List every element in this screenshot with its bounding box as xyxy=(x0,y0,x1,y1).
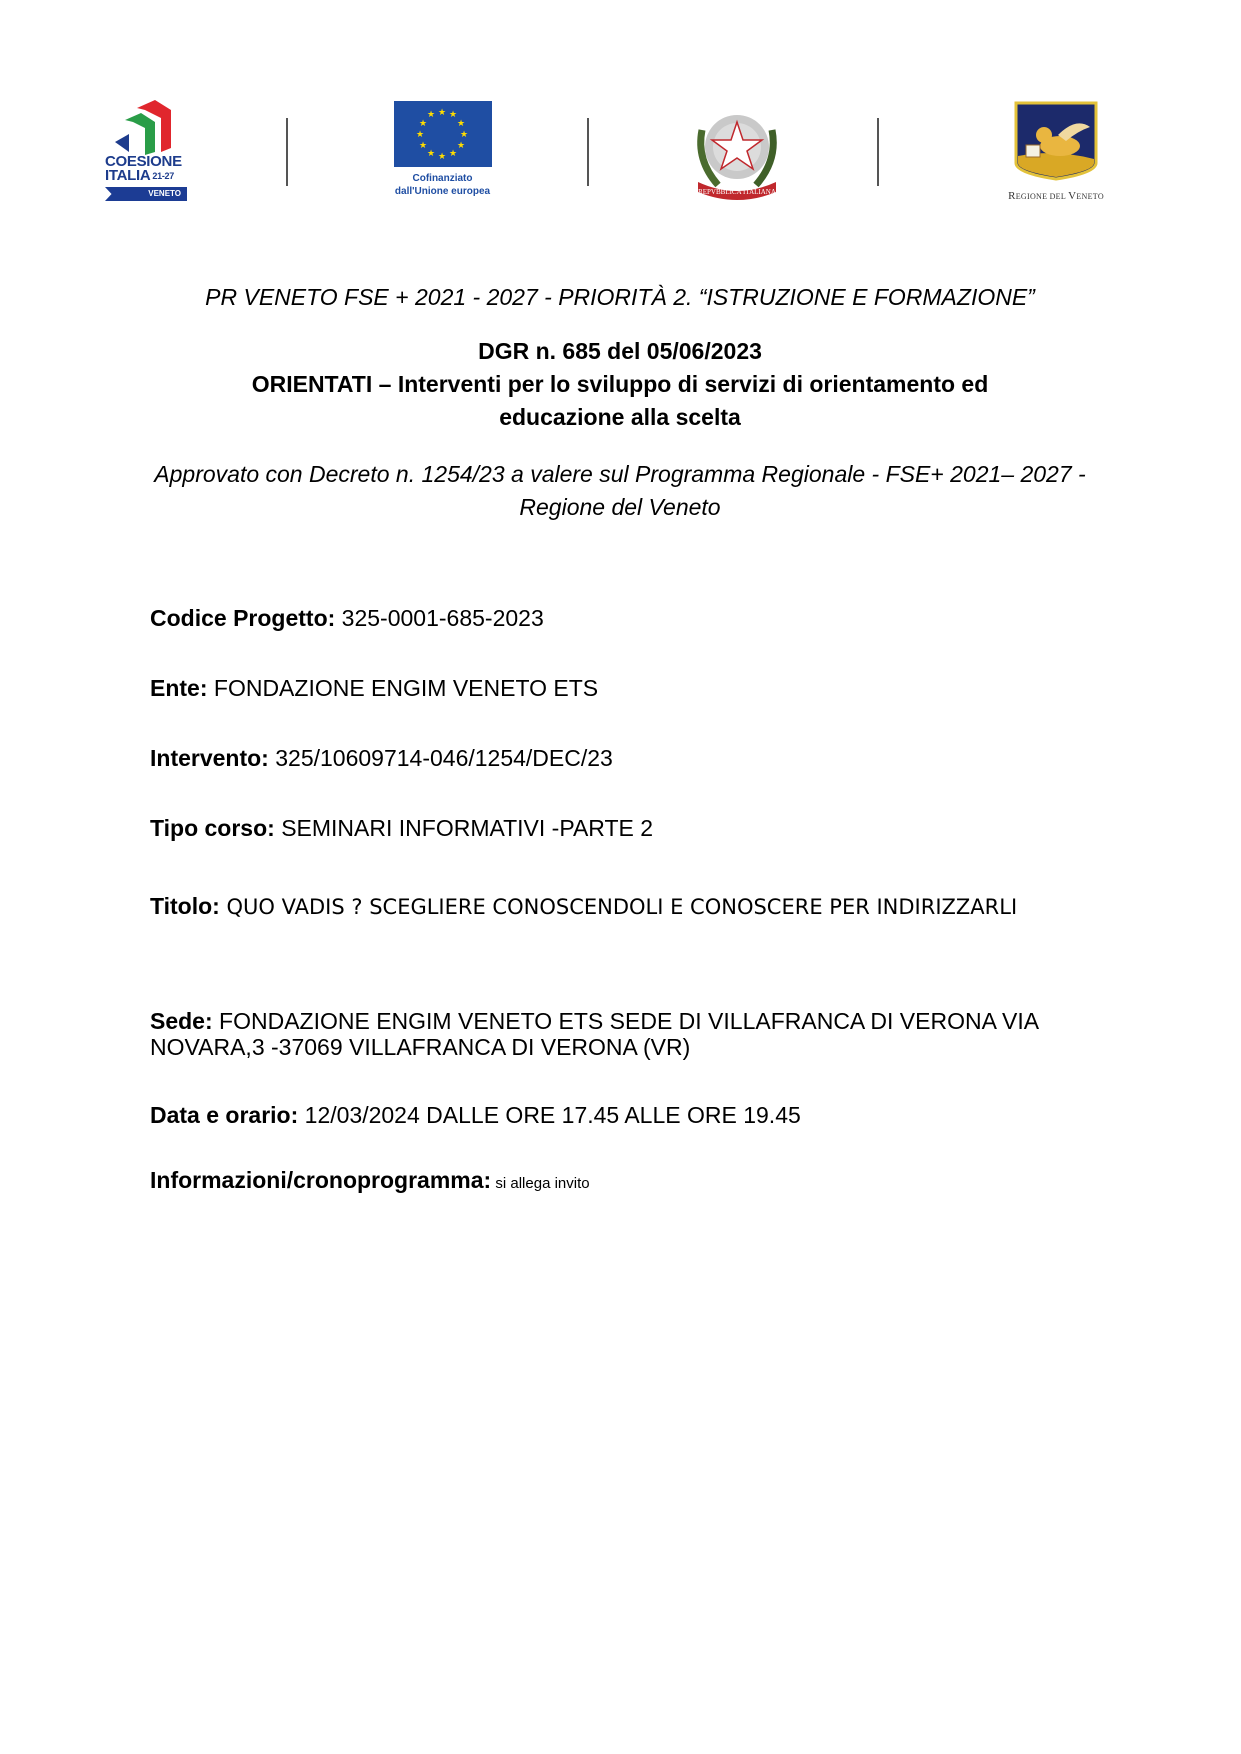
field-value: QUO VADIS ? SCEGLIERE CONOSCENDOLI E CON… xyxy=(220,895,1017,919)
field-titolo: Titolo: QUO VADIS ? SCEGLIERE CONOSCENDO… xyxy=(150,885,1100,928)
field-informazioni: Informazioni/cronoprogramma: si allega i… xyxy=(150,1167,590,1197)
approval-text: Approvato con Decreto n. 1254/23 a valer… xyxy=(140,458,1100,524)
eu-caption-line1: Cofinanziato xyxy=(390,172,495,185)
coesione-line2: ITALIA xyxy=(105,167,150,184)
field-label: Sede: xyxy=(150,1008,213,1034)
field-data-orario: Data e orario: 12/03/2024 DALLE ORE 17.4… xyxy=(150,1102,801,1128)
lion-of-saint-mark-icon xyxy=(1014,101,1098,181)
field-value: 325-0001-685-2023 xyxy=(335,605,543,631)
field-value: 325/10609714-046/1254/DEC/23 xyxy=(269,745,613,771)
eu-logo: ★★★★★★★★★★★★ Cofinanziato dall'Unione eu… xyxy=(390,101,495,211)
field-sede: Sede: FONDAZIONE ENGIM VENETO ETS SEDE D… xyxy=(150,1008,1110,1060)
coesione-years: 21-27 xyxy=(152,171,174,181)
field-label: Ente: xyxy=(150,675,208,701)
field-value: si allega invito xyxy=(491,1175,589,1192)
field-intervento: Intervento: 325/10609714-046/1254/DEC/23 xyxy=(150,745,613,771)
field-value: FONDAZIONE ENGIM VENETO ETS xyxy=(208,675,599,701)
dgr-heading: DGR n. 685 del 05/06/2023 ORIENTATI – In… xyxy=(140,335,1100,434)
logo-divider xyxy=(286,118,288,186)
field-value: FONDAZIONE ENGIM VENETO ETS SEDE DI VILL… xyxy=(150,1008,1038,1060)
coesione-italia-logo-icon xyxy=(115,100,175,155)
eu-flag-icon: ★★★★★★★★★★★★ xyxy=(394,101,492,167)
field-value: 12/03/2024 DALLE ORE 17.45 ALLE ORE 19.4… xyxy=(298,1102,801,1128)
caption-part: DEL xyxy=(1050,192,1068,201)
field-label: Data e orario: xyxy=(150,1102,298,1128)
project-title-line1: ORIENTATI – Interventi per lo sviluppo d… xyxy=(140,368,1100,401)
caption-part: R xyxy=(1008,190,1016,202)
italian-republic-emblem-icon: REPVBBLICA ITALIANA xyxy=(690,100,785,205)
field-ente: Ente: FONDAZIONE ENGIM VENETO ETS xyxy=(150,675,598,701)
caption-part: ENETO xyxy=(1076,192,1104,201)
regione-veneto-logo: REGIONE DEL VENETO xyxy=(995,101,1117,209)
project-title-line2: educazione alla scelta xyxy=(140,401,1100,434)
field-label: Codice Progetto: xyxy=(150,605,335,631)
approval-line: Approvato con Decreto n. 1254/23 a valer… xyxy=(140,458,1100,524)
regione-caption: REGIONE DEL VENETO xyxy=(995,190,1117,202)
field-tipo-corso: Tipo corso: SEMINARI INFORMATIVI -PARTE … xyxy=(150,815,653,841)
dgr-number: DGR n. 685 del 05/06/2023 xyxy=(140,335,1100,368)
field-label: Titolo: xyxy=(150,893,220,919)
eu-caption: Cofinanziato dall'Unione europea xyxy=(390,172,495,198)
logo-divider xyxy=(877,118,879,186)
italian-republic-emblem: REPVBBLICA ITALIANA xyxy=(690,100,785,205)
svg-text:REPVBBLICA ITALIANA: REPVBBLICA ITALIANA xyxy=(698,188,776,196)
field-codice-progetto: Codice Progetto: 325-0001-685-2023 xyxy=(150,605,544,631)
field-value: SEMINARI INFORMATIVI -PARTE 2 xyxy=(275,815,653,841)
field-label: Intervento: xyxy=(150,745,269,771)
coesione-italia-logo: COESIONE ITALIA21-27 VENETO xyxy=(105,100,190,205)
caption-part: EGIONE xyxy=(1016,192,1050,201)
coesione-text: COESIONE ITALIA21-27 xyxy=(105,155,182,183)
programme-heading: PR VENETO FSE + 2021 - 2027 - PRIORITÀ 2… xyxy=(140,283,1100,311)
field-label: Informazioni/cronoprogramma: xyxy=(150,1167,491,1193)
logo-divider xyxy=(587,118,589,186)
coesione-band: VENETO xyxy=(105,187,187,201)
field-label: Tipo corso: xyxy=(150,815,275,841)
eu-caption-line2: dall'Unione europea xyxy=(390,185,495,198)
